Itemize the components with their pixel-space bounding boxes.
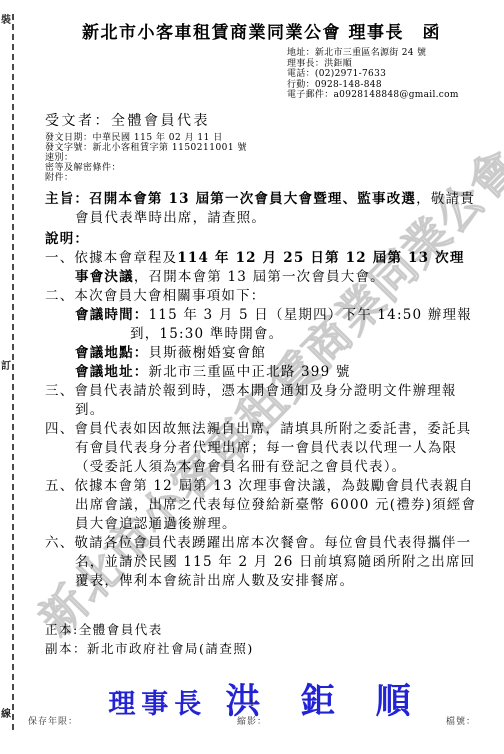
- item-1: 一、依據本會章程及114 年 12 月 25 日第 12 屆第 13 次理事會決…: [45, 249, 478, 287]
- subject-bold-text: 召開本會第 13 屆第一次會員大會暨理、監事改選: [89, 191, 416, 207]
- copy-original: 正本:全體會員代表: [45, 620, 478, 639]
- meeting-address-label: 會議地址：: [75, 364, 149, 380]
- item-1-post: ，召開本會第 13 屆第一次會員大會。: [134, 269, 385, 285]
- subject-paragraph: 主旨：召開本會第 13 屆第一次會員大會暨理、監事改選，敬請貴會員代表準時出席，…: [45, 190, 478, 228]
- dispatch-attachment: 附件：: [45, 173, 478, 183]
- recipient-line: 受文者：全體會員代表: [45, 110, 478, 130]
- item-5: 五、依據本會第 12 屆第 13 次理事會決議，為鼓勵會員代表親自出席會議，出席…: [45, 477, 478, 534]
- item-4-number: 四、: [45, 421, 74, 437]
- binding-mark-zhuang: 裝: [1, 16, 11, 26]
- sender-contact-block: 地址：新北市三重區名源街 24 號 理事長：洪鉅順 電話：(02)2971-76…: [287, 48, 478, 101]
- official-letter-page: 裝 訂 線 新北市小客車租賃商業同業公會 新北市小客車租賃商業同業公會 理事長 …: [0, 0, 504, 754]
- item-4-text: 會員代表如因故無法親自出席，請填具所附之委託書，委託具有會員代表身分者代理出席；…: [74, 421, 471, 475]
- meeting-time-value: 115 年 3 月 5 日（星期四）下午 14:50 辦理報到，15:30 準時…: [130, 307, 472, 342]
- meeting-address-value: 新北市三重區中正北路 399 號: [149, 364, 351, 380]
- contact-chairman: 理事長：洪鉅順: [287, 59, 478, 70]
- document-title: 新北市小客車租賃商業同業公會 理事長 函: [45, 18, 478, 43]
- subject-label: 主旨：: [45, 191, 89, 207]
- binding-dashed-line: [12, 14, 14, 730]
- dispatch-date: 發文日期：中華民國 115 年 02 月 11 日: [45, 133, 478, 143]
- meeting-time-label: 會議時間：: [75, 307, 149, 323]
- copies-block: 正本:全體會員代表 副本：新北市政府社會局(請查照): [45, 620, 478, 658]
- page-number: 1: [0, 699, 504, 709]
- item-3: 三、會員代表請於報到時，憑本開會通知及身分證明文件辦理報到。: [45, 382, 478, 420]
- meeting-place-line: 會議地點：貝斯薇榭婚宴會館: [75, 344, 478, 363]
- contact-address: 地址：新北市三重區名源街 24 號: [287, 48, 478, 59]
- item-2: 二、本次會員大會相關事項如下：: [45, 287, 478, 306]
- dispatch-number: 發文字號：新北小客租賃字第 1150211001 號: [45, 143, 478, 153]
- meeting-place-value: 貝斯薇榭婚宴會館: [149, 345, 267, 361]
- footer-microfilm-label: 縮影：: [0, 714, 504, 727]
- item-6-number: 六、: [45, 535, 74, 551]
- item-5-text: 依據本會第 12 屆第 13 次理事會決議，為鼓勵會員代表親自出席會議，出席之代…: [74, 478, 476, 532]
- item-4: 四、會員代表如因故無法親自出席，請填具所附之委託書，委託具有會員代表身分者代理出…: [45, 420, 478, 477]
- item-2-text: 本次會員大會相關事項如下：: [74, 288, 265, 304]
- dispatch-security: 密等及解密條件：: [45, 163, 478, 173]
- item-3-text: 會員代表請於報到時，憑本開會通知及身分證明文件辦理報到。: [74, 383, 456, 418]
- item-6: 六、敬請各位會員代表踴躍出席本次餐會。每位會員代表得攜伴一名，並請於民國 115…: [45, 534, 478, 591]
- contact-mobile: 行動：0928-148-848: [287, 80, 478, 91]
- dispatch-speed: 速別：: [45, 153, 478, 163]
- binding-mark-ding: 訂: [1, 362, 11, 372]
- item-2-number: 二、: [45, 288, 74, 304]
- item-6-text: 敬請各位會員代表踴躍出席本次餐會。每位會員代表得攜伴一名，並請於民國 115 年…: [74, 535, 475, 589]
- item-5-number: 五、: [45, 478, 74, 494]
- contact-phone: 電話：(02)2971-7633: [287, 69, 478, 80]
- item-3-number: 三、: [45, 383, 74, 399]
- meeting-place-label: 會議地點：: [75, 345, 149, 361]
- explanation-label: 說明：: [45, 230, 478, 249]
- item-1-number: 一、: [45, 250, 74, 266]
- copy-cc: 副本：新北市政府社會局(請查照): [45, 639, 478, 658]
- item-1-pre: 依據本會章程及: [74, 250, 177, 266]
- letter-content: 新北市小客車租賃商業同業公會 理事長 函 地址：新北市三重區名源街 24 號 理…: [45, 18, 478, 724]
- contact-email: 電子郵件：a0928148848@gmail.com: [287, 90, 478, 101]
- footer-filenumber-label: 檔號：: [446, 714, 476, 727]
- meeting-time-line: 會議時間：115 年 3 月 5 日（星期四）下午 14:50 辦理報到，15:…: [75, 306, 478, 344]
- meeting-address-line: 會議地址：新北市三重區中正北路 399 號: [75, 363, 478, 382]
- dispatch-meta-block: 發文日期：中華民國 115 年 02 月 11 日 發文字號：新北小客租賃字第 …: [45, 133, 478, 183]
